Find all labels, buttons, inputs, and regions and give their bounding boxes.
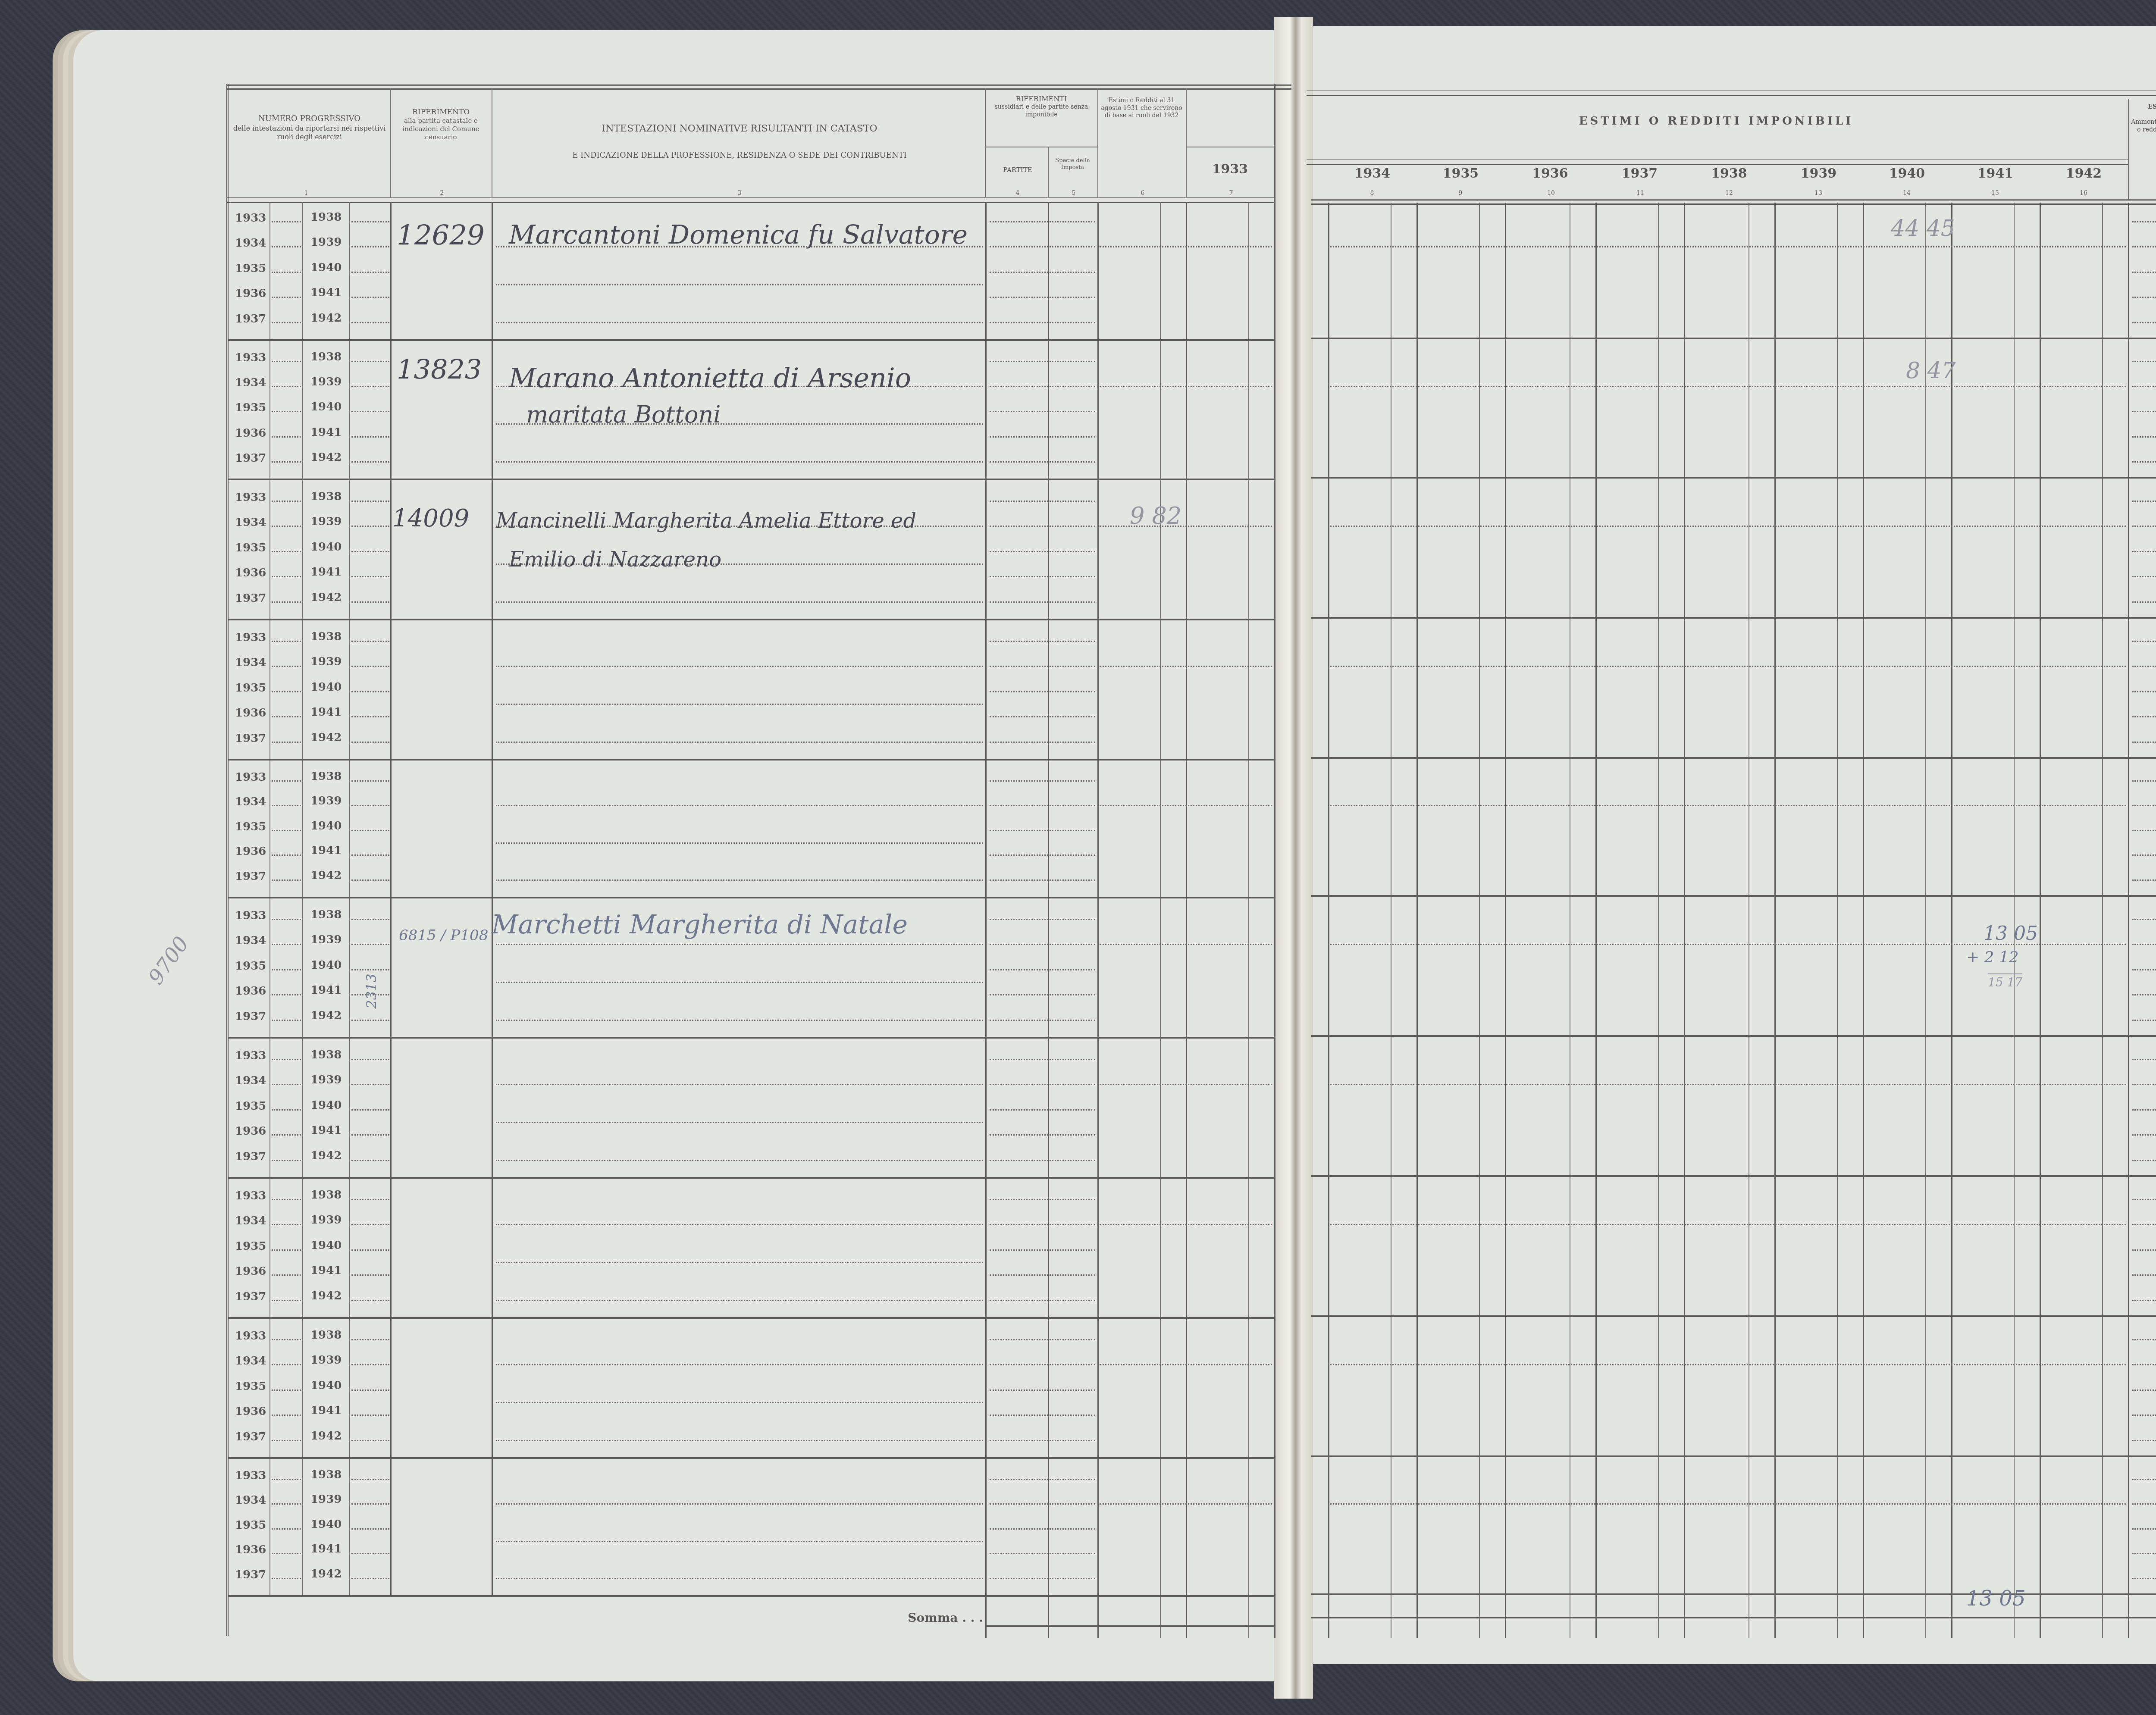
row-year-left: 1934 [235, 1494, 266, 1507]
row-year-right: 1939 [310, 933, 342, 946]
row-year-left: 1936 [235, 287, 266, 300]
row-year-right: 1941 [310, 984, 342, 997]
dotted-leader [272, 576, 301, 577]
dotted-leader [2132, 1160, 2156, 1161]
entry-6-name: Marchetti Margherita di Natale [492, 910, 908, 940]
row-year-right: 1940 [310, 959, 342, 972]
dotted-leader [351, 969, 389, 970]
right-subheader-rule [1307, 160, 2128, 165]
dotted-leader [990, 1084, 1095, 1085]
name-writing-line [496, 1020, 983, 1021]
header-col6: Estimi o Redditi al 31 agosto 1931 che s… [1100, 97, 1184, 120]
row-year-left: 1937 [235, 592, 266, 605]
header-esenzioni: ESENZIONI — Ammontare degli estimi o red… [2130, 103, 2156, 134]
header-col1-title: NUMERO PROGRESSIVO [231, 114, 388, 124]
amount-line [1330, 666, 2126, 667]
amount-line [1100, 1364, 1272, 1365]
dotted-leader [351, 461, 389, 463]
row-year-left: 1935 [235, 1100, 266, 1113]
row-block-separator [1311, 757, 2156, 759]
row-year-right: 1942 [310, 312, 342, 325]
dotted-leader [272, 1528, 301, 1530]
name-writing-line [496, 1440, 983, 1441]
dotted-leader [351, 1503, 389, 1505]
dotted-leader [990, 1300, 1095, 1301]
dotted-leader [351, 322, 389, 323]
dotted-leader [351, 221, 389, 222]
right-header-bottom-rule [1311, 199, 2156, 205]
dotted-leader [351, 1274, 389, 1276]
row-year-left: 1935 [235, 541, 266, 554]
dotted-leader [351, 919, 389, 920]
entry-6-partita: 6815 / P108 [399, 927, 488, 944]
dotted-leader [2132, 1339, 2156, 1340]
dotted-leader [351, 246, 389, 247]
sum-label: Somma . . . [858, 1610, 983, 1625]
entry-3-name-line2: Emilio di Nazzareno [509, 548, 721, 572]
row-year-right: 1939 [310, 515, 342, 528]
body-sep [1048, 203, 1049, 1638]
header-col1: NUMERO PROGRESSIVO delle intestazioni da… [231, 114, 388, 141]
amount-line [1100, 1503, 1272, 1505]
body-sep [1863, 203, 1864, 1638]
row-block-separator [229, 759, 1274, 760]
body-sep [1595, 203, 1597, 1638]
row-year-left: 1936 [235, 1543, 266, 1556]
dotted-leader [2132, 1503, 2156, 1505]
dotted-leader [272, 1553, 301, 1554]
amount-line [1100, 805, 1272, 806]
dotted-leader [351, 1160, 389, 1161]
amount-line [1100, 666, 1272, 667]
row-year-right: 1942 [310, 451, 342, 464]
row-year-right: 1941 [310, 426, 342, 439]
dotted-leader [2132, 1390, 2156, 1391]
dotted-leader [272, 436, 301, 438]
dotted-leader [990, 1479, 1095, 1480]
dotted-leader [351, 1020, 389, 1021]
form-code: Mod. 111 - Imposte Dirette (Intercalare)… [2147, 60, 2156, 71]
amount-line [1100, 1224, 1272, 1225]
row-year-right: 1939 [310, 1214, 342, 1227]
entry-2-partita: 13823 [397, 354, 482, 385]
row-year-left: 1933 [235, 351, 266, 364]
dotted-leader [990, 716, 1095, 717]
row-year-right: 1939 [310, 1493, 342, 1506]
row-year-right: 1942 [310, 731, 342, 744]
dotted-leader [990, 994, 1095, 995]
name-writing-line [496, 1503, 983, 1505]
body-sep [1248, 203, 1249, 1638]
name-writing-line [496, 461, 983, 463]
row-year-right: 1940 [310, 1099, 342, 1112]
row-block-separator [1311, 895, 2156, 897]
dotted-leader [272, 1440, 301, 1441]
body-sep [1391, 203, 1391, 1638]
row-year-left: 1934 [235, 237, 266, 250]
esenzioni-dash: — [2130, 111, 2156, 119]
name-writing-line [496, 601, 983, 603]
entry-6-1941-total: 15 17 [1988, 973, 2022, 989]
body-sep [1925, 203, 1926, 1638]
entry-3-name-line1: Mancinelli Margherita Amelia Ettore ed [496, 509, 916, 533]
body-sep [2040, 203, 2041, 1638]
col-number: 8 [1368, 190, 1376, 197]
entry-1-1940-value: 44 45 [1891, 216, 1955, 241]
dotted-leader [272, 272, 301, 273]
row-year-left: 1934 [235, 934, 266, 947]
dotted-leader [2132, 1020, 2156, 1021]
name-writing-line [496, 1300, 983, 1301]
body-sep [1774, 203, 1776, 1638]
dotted-leader [2132, 1224, 2156, 1225]
row-year-right: 1941 [310, 1124, 342, 1137]
dotted-leader [351, 501, 389, 502]
row-year-left: 1937 [235, 1150, 266, 1163]
name-writing-line [496, 1402, 983, 1403]
dotted-leader [272, 1274, 301, 1276]
header-col2: RIFERIMENTO alla partita catastale e ind… [392, 108, 489, 141]
dotted-leader [272, 297, 301, 298]
row-year-right: 1942 [310, 1430, 342, 1443]
dotted-leader [272, 1503, 301, 1505]
row-year-left: 1933 [235, 212, 266, 225]
row-year-left: 1934 [235, 795, 266, 808]
body-sep [1837, 203, 1838, 1638]
amount-line [1330, 1084, 2126, 1085]
row-year-left: 1935 [235, 262, 266, 275]
row-block-separator [1311, 1593, 2156, 1595]
dotted-leader [351, 1364, 389, 1365]
name-writing-line [496, 1224, 983, 1225]
row-year-left: 1935 [235, 960, 266, 973]
dotted-leader [272, 1249, 301, 1251]
dotted-leader [990, 221, 1095, 222]
header-sep [492, 88, 492, 198]
dotted-leader [990, 1249, 1095, 1251]
dotted-leader [351, 691, 389, 692]
amount-line [1330, 1224, 2126, 1225]
body-sep [492, 203, 493, 1595]
row-year-right: 1942 [310, 591, 342, 604]
row-year-right: 1939 [310, 1073, 342, 1086]
dotted-leader [990, 805, 1095, 806]
dotted-leader [990, 666, 1095, 667]
name-writing-line [496, 1541, 983, 1542]
dotted-leader [272, 641, 301, 642]
dotted-leader [272, 601, 301, 603]
row-year-left: 1935 [235, 1519, 266, 1532]
dotted-leader [351, 944, 389, 945]
dotted-leader [2132, 691, 2156, 692]
name-writing-line [496, 805, 983, 806]
col-number: 1 [302, 190, 310, 197]
row-block-separator [229, 479, 1274, 480]
dotted-leader [272, 742, 301, 743]
header-sep [985, 88, 986, 198]
amount-line [1330, 246, 2126, 247]
row-block-separator [1311, 338, 2156, 339]
row-year-right: 1939 [310, 655, 342, 668]
sum-1941-value: 13 05 [1966, 1587, 2025, 1611]
dotted-leader [272, 1160, 301, 1161]
dotted-leader [351, 1440, 389, 1441]
dotted-leader [990, 272, 1095, 273]
body-sep [2128, 203, 2129, 1638]
dotted-leader [351, 879, 389, 881]
dotted-leader [990, 780, 1095, 782]
dotted-leader [272, 1479, 301, 1480]
dotted-leader [272, 994, 301, 995]
dotted-leader [351, 1553, 389, 1554]
dotted-leader [990, 1020, 1095, 1021]
body-sep [985, 203, 987, 1638]
dotted-leader [990, 461, 1095, 463]
dotted-leader [351, 526, 389, 527]
row-year-left: 1934 [235, 516, 266, 529]
body-sep [1951, 203, 1952, 1638]
entry-6-progressive-note: 2313 [363, 973, 379, 1008]
body-sep [1160, 203, 1161, 1638]
dotted-leader [990, 526, 1095, 527]
dotted-leader [2132, 1364, 2156, 1365]
row-year-left: 1934 [235, 1214, 266, 1227]
name-writing-line [496, 982, 983, 983]
dotted-leader [990, 919, 1095, 920]
body-sep [349, 203, 350, 1595]
dotted-leader [351, 361, 389, 362]
dotted-leader [351, 666, 389, 667]
dotted-leader [990, 1134, 1095, 1136]
row-year-right: 1940 [310, 1239, 342, 1252]
row-year-right: 1941 [310, 1264, 342, 1277]
entry-2-name-line2: maritata Bottoni [526, 401, 721, 428]
name-writing-line [496, 704, 983, 705]
dotted-leader [990, 1274, 1095, 1276]
dotted-leader [2132, 879, 2156, 881]
row-year-right: 1940 [310, 1379, 342, 1392]
row-year-right: 1939 [310, 1354, 342, 1367]
header-col45: RIFERIMENTI sussidiari e delle partite s… [987, 95, 1095, 119]
name-writing-line [496, 666, 983, 667]
dotted-leader [990, 1160, 1095, 1161]
name-writing-line [496, 1160, 983, 1161]
dotted-leader [351, 780, 389, 782]
row-year-right: 1940 [310, 261, 342, 274]
dotted-leader [272, 1415, 301, 1416]
dotted-leader [990, 361, 1095, 362]
dotted-leader [272, 1224, 301, 1225]
dotted-leader [2132, 246, 2156, 247]
dotted-leader [272, 526, 301, 527]
row-block-separator [1311, 1035, 2156, 1037]
row-year-left: 1936 [235, 1125, 266, 1138]
row-block-separator [229, 619, 1274, 620]
dotted-leader [2132, 780, 2156, 782]
row-year-right: 1941 [310, 286, 342, 299]
row-year-right: 1941 [310, 1543, 342, 1555]
dotted-leader [990, 1503, 1095, 1505]
dotted-leader [990, 1390, 1095, 1391]
dotted-leader [2132, 386, 2156, 387]
body-sep [1570, 203, 1570, 1638]
row-year-right: 1938 [310, 351, 342, 363]
header-col45-sub: sussidiari e delle partite senza imponib… [987, 103, 1095, 119]
sum-line-right [1311, 1617, 2156, 1618]
header-year-1942: 1942 [2040, 166, 2128, 181]
dotted-leader [990, 386, 1095, 387]
dotted-leader [351, 1479, 389, 1480]
row-year-right: 1938 [310, 908, 342, 921]
row-year-right: 1940 [310, 681, 342, 694]
dotted-leader [2132, 919, 2156, 920]
name-writing-line [496, 322, 983, 323]
body-sep [1749, 203, 1749, 1638]
dotted-leader [272, 1199, 301, 1200]
dotted-leader [2132, 994, 2156, 995]
dotted-leader [990, 1224, 1095, 1225]
dotted-leader [990, 1339, 1095, 1340]
dotted-leader [351, 272, 389, 273]
dotted-leader [351, 1109, 389, 1111]
col-number: 10 [1546, 190, 1556, 197]
row-block-separator [1311, 477, 2156, 479]
dotted-leader [2132, 601, 2156, 603]
dotted-leader [272, 361, 301, 362]
dotted-leader [2132, 641, 2156, 642]
dotted-leader [351, 1578, 389, 1579]
header-year-1938: 1938 [1684, 166, 1774, 181]
row-year-left: 1933 [235, 1330, 266, 1343]
col-number: 16 [2078, 190, 2089, 197]
entry-1-name: Marcantoni Domenica fu Salvatore [509, 220, 968, 250]
row-block-separator [1311, 1315, 2156, 1317]
dotted-leader [272, 1134, 301, 1136]
row-year-right: 1938 [310, 770, 342, 783]
header-sep [985, 147, 1097, 147]
dotted-leader [990, 501, 1095, 502]
dotted-leader [2132, 322, 2156, 323]
body-sep [1479, 203, 1480, 1638]
body-sep [1186, 203, 1187, 1638]
dotted-leader [990, 1109, 1095, 1111]
row-year-right: 1941 [310, 566, 342, 579]
dotted-leader [272, 1364, 301, 1365]
row-year-left: 1934 [235, 376, 266, 389]
row-year-right: 1938 [310, 1468, 342, 1481]
header-sep [1186, 147, 1274, 147]
dotted-leader [2132, 969, 2156, 970]
body-sep [2102, 203, 2103, 1638]
dotted-leader [990, 551, 1095, 552]
dotted-leader [351, 1224, 389, 1225]
dotted-leader [272, 461, 301, 463]
dotted-leader [351, 1199, 389, 1200]
row-year-left: 1937 [235, 732, 266, 745]
dotted-leader [272, 1578, 301, 1579]
row-year-left: 1937 [235, 1430, 266, 1443]
dotted-leader [351, 411, 389, 412]
header-col2-sub: alla partita catastale e indicazioni del… [392, 117, 489, 141]
dotted-leader [272, 919, 301, 920]
dotted-leader [272, 854, 301, 856]
row-year-right: 1940 [310, 1518, 342, 1531]
entry-3-estimi-1931-value: 9 82 [1130, 502, 1181, 529]
row-year-left: 1935 [235, 820, 266, 833]
row-year-right: 1940 [310, 401, 342, 413]
col-number: 15 [1990, 190, 2000, 197]
row-block-separator [229, 1177, 1274, 1179]
dotted-leader [351, 1249, 389, 1251]
dotted-leader [351, 742, 389, 743]
dotted-leader [351, 854, 389, 856]
name-writing-line [496, 944, 983, 945]
row-year-left: 1936 [235, 1405, 266, 1418]
dotted-leader [351, 1300, 389, 1301]
dotted-leader [2132, 1578, 2156, 1579]
dotted-leader [990, 601, 1095, 603]
dotted-leader [2132, 526, 2156, 527]
dotted-leader [2132, 1199, 2156, 1200]
header-sep [2128, 99, 2129, 199]
name-writing-line [496, 1578, 983, 1579]
name-writing-line [496, 879, 983, 881]
dotted-leader [272, 1339, 301, 1340]
row-year-right: 1942 [310, 1149, 342, 1162]
dotted-leader [990, 1553, 1095, 1554]
row-year-right: 1938 [310, 630, 342, 643]
dotted-leader [2132, 576, 2156, 577]
col-number: 3 [735, 190, 744, 197]
row-year-right: 1942 [310, 869, 342, 882]
dotted-leader [2132, 1553, 2156, 1554]
dotted-leader [2132, 411, 2156, 412]
row-year-right: 1938 [310, 490, 342, 503]
row-year-left: 1937 [235, 1290, 266, 1303]
right-page [1298, 26, 2156, 1664]
header-col5: Specie della Imposta [1050, 157, 1095, 172]
dotted-leader [990, 830, 1095, 831]
dotted-leader [2132, 944, 2156, 945]
row-block-separator [229, 1595, 1274, 1597]
row-year-right: 1942 [310, 1009, 342, 1022]
row-year-left: 1933 [235, 1049, 266, 1062]
sum-line-left [985, 1625, 1274, 1627]
dotted-leader [2132, 551, 2156, 552]
row-year-right: 1938 [310, 211, 342, 224]
dotted-leader [272, 1109, 301, 1111]
dotted-leader [2132, 272, 2156, 273]
body-sep [302, 203, 303, 1595]
row-year-left: 1935 [235, 401, 266, 414]
dotted-leader [351, 805, 389, 806]
row-year-left: 1937 [235, 870, 266, 883]
header-col1-sub: delle intestazioni da riportarsi nei ris… [231, 124, 388, 141]
dotted-leader [272, 221, 301, 222]
row-block-separator [1311, 1455, 2156, 1457]
dotted-leader [351, 601, 389, 603]
row-year-left: 1936 [235, 427, 266, 440]
dotted-leader [2132, 1249, 2156, 1251]
dotted-leader [351, 1339, 389, 1340]
dotted-leader [990, 1415, 1095, 1416]
body-sep [1274, 84, 1275, 1638]
row-year-right: 1940 [310, 541, 342, 554]
dotted-leader [272, 969, 301, 970]
body-sep [1097, 203, 1099, 1638]
col-number: 11 [1635, 190, 1645, 197]
dotted-leader [272, 691, 301, 692]
